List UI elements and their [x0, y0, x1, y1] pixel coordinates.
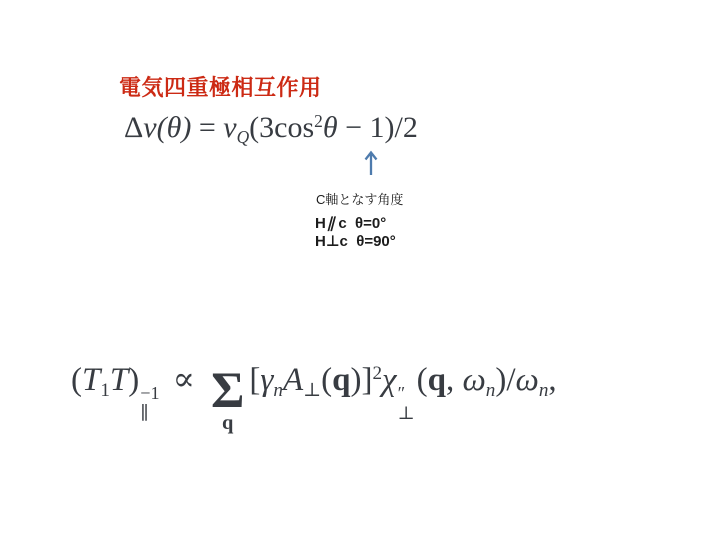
math-token: )]	[350, 361, 372, 401]
math-superscript: 2	[372, 363, 382, 386]
math-subscript: ⊥	[303, 380, 321, 403]
math-token: =	[191, 110, 223, 146]
math-subscript: ∥	[140, 404, 148, 423]
perpendicular-condition: H⊥c θ=90°	[315, 232, 396, 250]
math-superscript: ″	[398, 384, 406, 403]
slide-title: 電気四重極相互作用	[119, 71, 322, 102]
condition-text: c θ=0°	[338, 215, 386, 232]
math-subscript: 1	[100, 380, 110, 403]
math-subscript: n	[486, 380, 496, 403]
summation-block: Σq	[211, 369, 244, 432]
math-token: θ	[323, 110, 338, 146]
formula-quadrupole-splitting: Δν(θ) = νQ(3cos2θ − 1)/2	[124, 110, 418, 146]
math-token: q	[332, 361, 350, 401]
math-token: χ	[382, 361, 397, 401]
math-supsub-stack: ″⊥	[398, 384, 415, 422]
sigma-symbol: Σ	[211, 369, 244, 412]
formula-t1-relaxation-rate: (T1T)−1∥∝Σq[γnA⊥(q)]2χ″⊥(q, ωn)/ωn,	[71, 352, 557, 415]
math-token: ,	[446, 361, 463, 401]
math-token: (	[71, 361, 82, 401]
math-token: ν	[223, 110, 236, 146]
math-token: /	[506, 361, 515, 401]
math-subscript: n	[539, 380, 549, 403]
math-superscript: −1	[140, 384, 159, 403]
math-token: [	[249, 361, 260, 401]
math-token: (	[321, 361, 332, 401]
math-subscript: Q	[237, 127, 250, 148]
math-token: γ	[260, 361, 273, 401]
math-token: − 1)/2	[338, 110, 418, 146]
math-token: ν(θ)	[143, 110, 191, 146]
math-token: Δ	[124, 110, 143, 146]
math-token: )	[128, 361, 139, 401]
math-token: T	[110, 361, 128, 401]
slide-canvas: 電気四重極相互作用 Δν(θ) = νQ(3cos2θ − 1)/2 C軸となす…	[0, 0, 720, 540]
math-token: A	[283, 361, 303, 401]
math-token: ω	[462, 361, 485, 401]
angle-annotation: C軸となす角度	[316, 189, 403, 208]
math-subscript: n	[273, 380, 283, 403]
math-token: (	[417, 361, 428, 401]
math-token: ω	[516, 361, 539, 401]
parallel-symbol: ∥	[325, 214, 337, 232]
field-symbol: H	[315, 215, 326, 232]
math-token: T	[82, 361, 100, 401]
math-token: (3cos	[249, 110, 314, 146]
math-supsub-stack: −1∥	[140, 384, 159, 422]
math-superscript: 2	[314, 111, 323, 132]
math-token: ,	[548, 361, 556, 401]
parallel-condition: H∥c θ=0°	[315, 214, 386, 232]
math-token: )	[495, 361, 506, 401]
proportional-symbol: ∝	[173, 361, 195, 401]
math-token: q	[428, 361, 446, 401]
summation-index: q	[222, 415, 233, 432]
theta-pointer-arrow-icon	[362, 148, 380, 176]
math-subscript: ⊥	[398, 404, 415, 423]
